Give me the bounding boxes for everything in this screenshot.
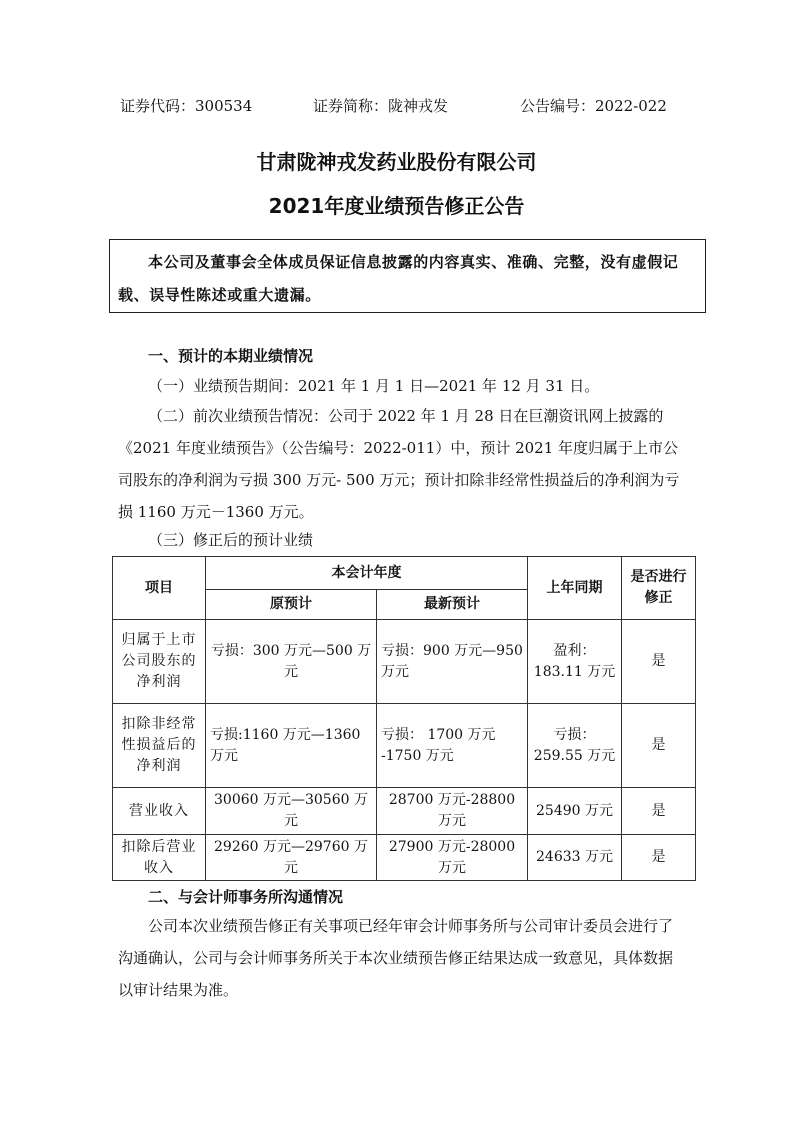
table-row: 扣除非经常性损益后的净利润 亏损:1160 万元—1360 万元 亏损： 170… — [113, 704, 696, 788]
stock-abbreviation: 证券简称：陇神戎发 — [313, 95, 448, 116]
table-header-row: 项目 本会计年度 上年同期 是否进行修正 — [113, 557, 696, 590]
header-prior-year: 上年同期 — [528, 557, 622, 620]
header-revised: 是否进行修正 — [622, 557, 696, 620]
row-revised: 是 — [622, 835, 696, 881]
company-title: 甘肃陇神戎发药业股份有限公司 — [0, 146, 793, 175]
table-row: 营业收入 30060 万元—30560 万元 28700 万元-28800 万元… — [113, 788, 696, 835]
disclaimer-text: 本公司及董事会全体成员保证信息披露的内容真实、准确、完整，没有虚假记载、误导性陈… — [110, 240, 705, 312]
notice-title: 2021年度业绩预告修正公告 — [0, 190, 793, 219]
section2-body: 公司本次业绩预告修正有关事项已经年审会计师事务所与公司审计委员会进行了沟通确认，… — [118, 910, 680, 1006]
row-prior-year: 亏损：259.55 万元 — [528, 704, 622, 788]
previous-forecast: （二）前次业绩预告情况：公司于 2022 年 1 月 28 日在巨潮资讯网上披露… — [118, 400, 680, 528]
row-original: 亏损：300 万元—500 万元 — [206, 620, 377, 704]
row-original: 亏损:1160 万元—1360 万元 — [206, 704, 377, 788]
row-latest: 27900 万元-28000 万元 — [377, 835, 528, 881]
forecast-period: （一）业绩预告期间：2021 年 1 月 1 日—2021 年 12 月 31 … — [148, 375, 599, 396]
row-item: 扣除后营业收入 — [113, 835, 206, 881]
disclaimer-box: 本公司及董事会全体成员保证信息披露的内容真实、准确、完整，没有虚假记载、误导性陈… — [109, 239, 706, 313]
row-original: 30060 万元—30560 万元 — [206, 788, 377, 835]
section1-heading: 一、预计的本期业绩情况 — [148, 345, 313, 366]
row-item: 扣除非经常性损益后的净利润 — [113, 704, 206, 788]
header-item: 项目 — [113, 557, 206, 620]
row-latest: 亏损： 1700 万元 -1750 万元 — [377, 704, 528, 788]
row-revised: 是 — [622, 788, 696, 835]
row-revised: 是 — [622, 620, 696, 704]
row-prior-year: 25490 万元 — [528, 788, 622, 835]
notice-number: 公告编号：2022-022 — [520, 95, 667, 116]
row-prior-year: 24633 万元 — [528, 835, 622, 881]
row-original: 29260 万元—29760 万元 — [206, 835, 377, 881]
row-revised: 是 — [622, 704, 696, 788]
forecast-table: 项目 本会计年度 上年同期 是否进行修正 原预计 最新预计 归属于上市公司股东的… — [112, 556, 696, 881]
table-row: 扣除后营业收入 29260 万元—29760 万元 27900 万元-28000… — [113, 835, 696, 881]
row-item: 营业收入 — [113, 788, 206, 835]
stock-code: 证券代码：300534 — [120, 95, 252, 116]
document-header: 证券代码：300534 证券简称：陇神戎发 公告编号：2022-022 — [120, 95, 680, 117]
row-latest: 亏损：900 万元—950 万元 — [377, 620, 528, 704]
table-row: 归属于上市公司股东的净利润 亏损：300 万元—500 万元 亏损：900 万元… — [113, 620, 696, 704]
header-original: 原预计 — [206, 590, 377, 620]
header-current-year: 本会计年度 — [206, 557, 528, 590]
revised-forecast-label: （三）修正后的预计业绩 — [148, 529, 313, 550]
section2-heading: 二、与会计师事务所沟通情况 — [148, 886, 343, 907]
header-latest: 最新预计 — [377, 590, 528, 620]
row-latest: 28700 万元-28800 万元 — [377, 788, 528, 835]
row-item: 归属于上市公司股东的净利润 — [113, 620, 206, 704]
row-prior-year: 盈利：183.11 万元 — [528, 620, 622, 704]
